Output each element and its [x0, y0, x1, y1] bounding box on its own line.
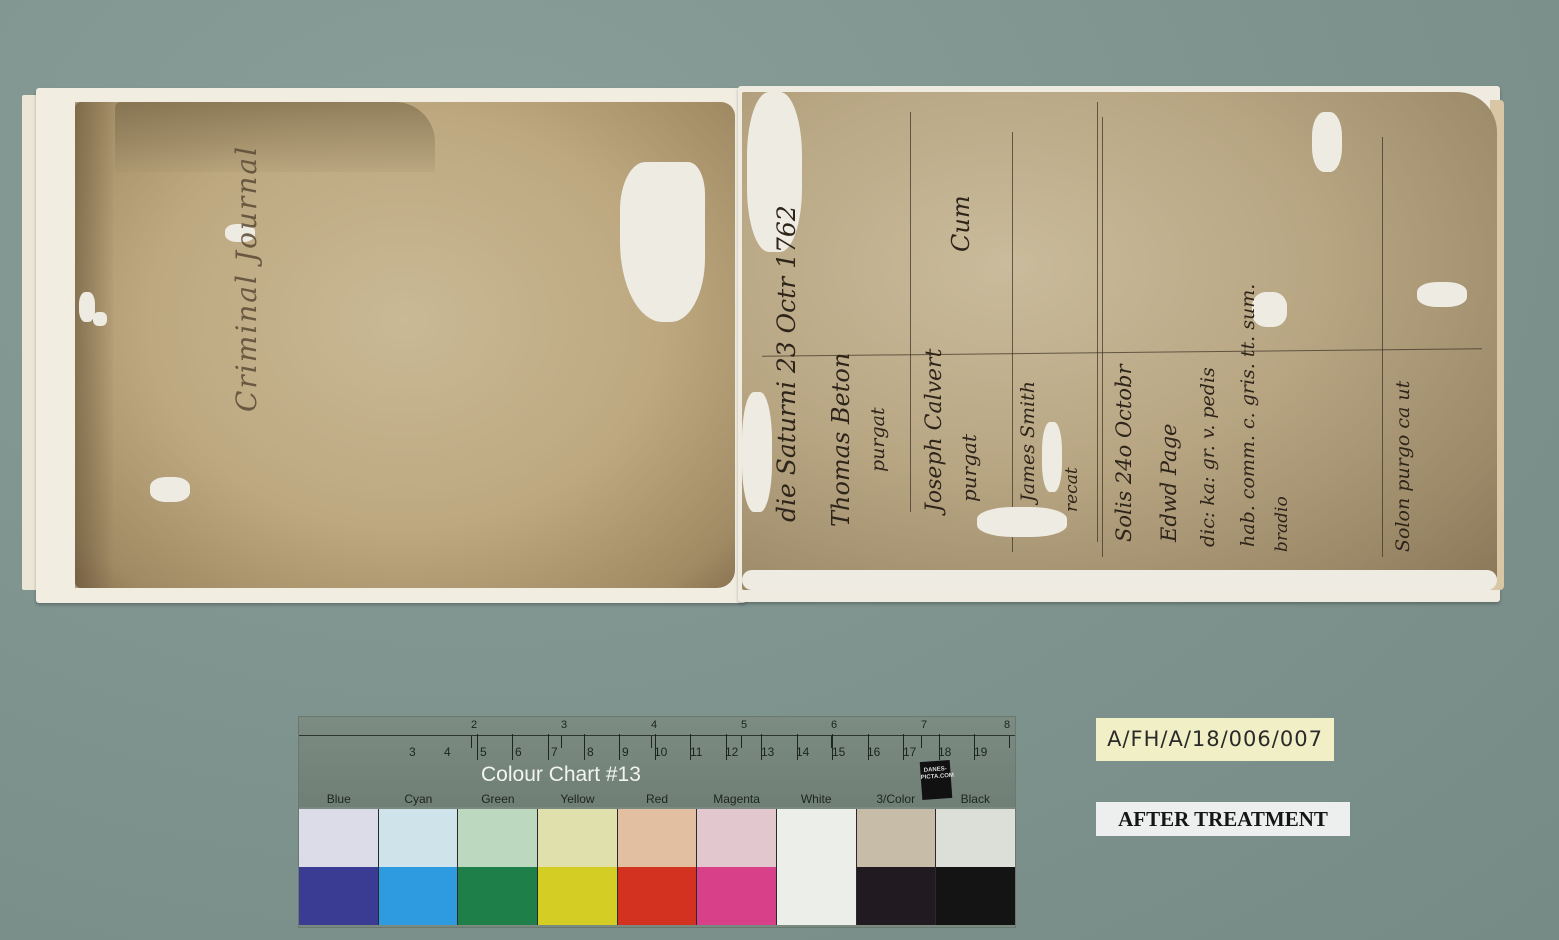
ruler-cm-label: 18 — [938, 745, 951, 759]
swatch-tint — [458, 809, 537, 867]
manuscript-line: bradio — [1272, 496, 1292, 552]
swatch-solid — [697, 867, 776, 925]
manuscript-line: recat — [1062, 467, 1082, 512]
ruler-inch-label: 2 — [471, 719, 477, 731]
left-manuscript-page: Criminal Journal — [75, 102, 735, 588]
ruler-cm-label: 13 — [761, 745, 774, 759]
manuscript-line: Joseph Calvert — [922, 349, 947, 512]
manuscript-line: hab. comm. c. gris. tt. sum. — [1237, 284, 1259, 547]
ruled-line — [1012, 132, 1013, 552]
ruler-cm-label: 9 — [622, 745, 629, 759]
ruler-cm-label: 15 — [832, 745, 845, 759]
ruled-line — [1102, 117, 1103, 557]
ruler-inch-label: 4 — [651, 719, 657, 731]
manuscript-line: Solis 24o Octobr — [1112, 365, 1136, 543]
ruler-cm-label: 16 — [867, 745, 880, 759]
paper-repair — [742, 392, 772, 512]
ruled-line — [762, 348, 1482, 357]
swatch-solid — [936, 867, 1015, 925]
manuscript-line: purgat — [957, 434, 981, 502]
treatment-status-label: AFTER TREATMENT — [1096, 802, 1350, 836]
swatch-solid — [379, 867, 458, 925]
manuscript-line: Solon purgo ca ut — [1392, 381, 1414, 552]
swatch-label: Cyan — [379, 792, 459, 808]
manuscript-line: Thomas Beton — [827, 353, 855, 527]
swatch-tint — [379, 809, 458, 867]
swatch-label: Red — [617, 792, 697, 808]
chart-title: Colour Chart #13 — [481, 763, 641, 787]
swatch-label: Black — [936, 792, 1016, 808]
colour-chart: 2 3 4 5 6 7 8 3 4 5 6 7 8 9 10 11 12 13 … — [298, 716, 1016, 928]
manuscript-line: Cum — [947, 195, 975, 252]
swatch-solid — [538, 867, 617, 925]
swatch-blue — [299, 809, 379, 925]
swatch-solid — [458, 867, 537, 925]
manuscript-line: James Smith — [1017, 381, 1039, 502]
ruler-cm-label: 10 — [654, 745, 667, 759]
swatch-label: White — [776, 792, 856, 808]
ruler-cm-label: 5 — [480, 745, 487, 759]
swatch-cyan — [379, 809, 459, 925]
ruler-inch-label: 5 — [741, 719, 747, 731]
swatch-label: Magenta — [697, 792, 777, 808]
ruler-cm-label: 12 — [725, 745, 738, 759]
ruler-inch-label: 6 — [831, 719, 837, 731]
paper-repair — [977, 507, 1067, 537]
ruler-cm-label: 4 — [444, 745, 451, 759]
swatch-tint — [618, 809, 697, 867]
ruler-cm-label: 19 — [974, 745, 987, 759]
manuscript-line: dic: ka: gr. v. pedis — [1197, 367, 1219, 547]
swatch-solid — [857, 867, 936, 925]
swatch-solid — [299, 867, 378, 925]
swatch-label: Blue — [299, 792, 379, 808]
ruled-line — [1382, 137, 1383, 557]
page-inscription: Criminal Journal — [230, 145, 263, 412]
ruler-inch-label: 3 — [561, 719, 567, 731]
swatch-labels: Blue Cyan Green Yellow Red Magenta White… — [299, 792, 1015, 808]
swatch-grid — [299, 809, 1015, 925]
swatch-black — [936, 809, 1015, 925]
ruler-cm-label: 14 — [796, 745, 809, 759]
swatch-white — [777, 809, 857, 925]
paper-repair — [1042, 422, 1062, 492]
swatch-red — [618, 809, 698, 925]
swatch-tint — [857, 809, 936, 867]
swatch-green — [458, 809, 538, 925]
manuscript-line: Edwd Page — [1157, 424, 1181, 542]
paper-repair — [1417, 282, 1467, 307]
ruler-inch-label: 8 — [1004, 719, 1010, 731]
swatch-3-color — [857, 809, 937, 925]
swatch-solid — [618, 867, 697, 925]
page-edge-shadow — [75, 102, 113, 588]
ruler-cm-label: 17 — [903, 745, 916, 759]
swatch-label: 3/Color — [856, 792, 936, 808]
swatch-tint — [936, 809, 1015, 867]
manuscript-line: purgat — [867, 407, 889, 472]
ruler-cm-label: 11 — [690, 745, 702, 759]
swatch-label: Yellow — [538, 792, 618, 808]
right-manuscript-page: die Saturni 23 Octr 1762 Thomas Beton pu… — [742, 92, 1497, 590]
paper-repair — [742, 570, 1497, 590]
paper-repair — [620, 162, 705, 322]
swatch-tint — [777, 809, 856, 867]
ruler-cm-label: 7 — [551, 745, 558, 759]
page-stain — [115, 102, 435, 172]
ruled-line — [1097, 102, 1098, 542]
ruler-cm-label: 8 — [587, 745, 594, 759]
manuscript-line: die Saturni 23 Octr 1762 — [772, 205, 801, 522]
swatch-tint — [697, 809, 776, 867]
swatch-label: Green — [458, 792, 538, 808]
ruled-line — [910, 112, 911, 512]
ruler-cm-label: 3 — [409, 745, 416, 759]
swatch-solid — [777, 867, 856, 925]
swatch-tint — [299, 809, 378, 867]
paper-repair — [150, 477, 190, 502]
paper-repair — [1312, 112, 1342, 172]
ruler-inch-label: 7 — [921, 719, 927, 731]
swatch-tint — [538, 809, 617, 867]
paper-repair — [93, 312, 107, 326]
swatch-yellow — [538, 809, 618, 925]
reference-number-label: A/FH/A/18/006/007 — [1096, 718, 1334, 761]
swatch-magenta — [697, 809, 777, 925]
ruler-cm-label: 6 — [515, 745, 522, 759]
